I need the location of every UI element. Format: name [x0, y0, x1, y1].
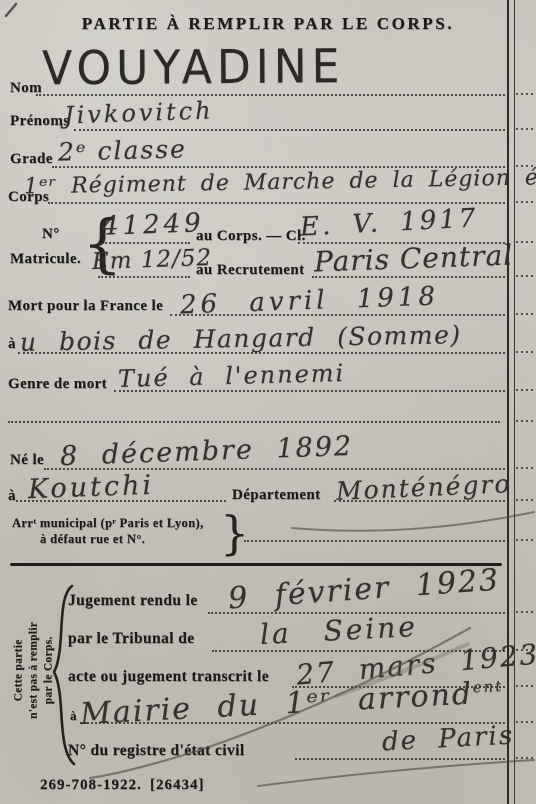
dotted-line [114, 390, 505, 392]
handwritten-surname: VOUYADINE [42, 40, 345, 96]
dotted-line [8, 421, 500, 423]
dotted-line [312, 276, 505, 278]
label-a-mairie: à [70, 708, 77, 724]
handwritten-regiment: 1ᵉʳ Régiment de Marche de la Légion étra… [24, 164, 536, 200]
dotted-line [98, 276, 190, 278]
dotted-line [98, 242, 190, 244]
label-ne-le: Né le [10, 452, 44, 469]
label-mort-pour-la-france: Mort pour la France le [8, 298, 163, 315]
arr-municipal-brace: } [220, 510, 249, 556]
dotted-line [170, 314, 505, 316]
card-title: PARTIE À REMPLIR PAR LE CORPS. [0, 14, 536, 34]
print-bracket-number: [26434] [150, 777, 205, 794]
label-jugement-rendu: Jugement rendu le [68, 592, 198, 610]
pencil-stroke-bottom [258, 760, 534, 786]
label-tribunal: par le Tribunal de [68, 630, 195, 648]
handwritten-classe: E. V. 1917 [299, 203, 479, 242]
handwritten-grade: 2ᵉ classe [58, 134, 188, 166]
dotted-line [48, 202, 505, 204]
section-divider [10, 563, 502, 566]
handwritten-tribunal: la Seine [259, 610, 418, 651]
side-note-vertical: Cette partie n'est pas à remplir par le … [12, 595, 57, 745]
dotted-line [18, 352, 505, 354]
side-note-line1: Cette partie [12, 595, 27, 745]
dotted-line [334, 500, 509, 502]
label-au-recrutement: au Recrutement [196, 262, 304, 279]
label-a-lieu-mort: à [8, 336, 16, 353]
handwritten-matricule-recrutement: Em 12/52 [92, 245, 213, 275]
handwritten-first-names: Jivkovitch [64, 96, 215, 129]
side-note-line2: n'est pas à remplir [27, 595, 42, 745]
military-death-record-card: PARTIE À REMPLIR PAR LE CORPS. VOUYADINE… [0, 0, 536, 804]
label-prenoms: Prénoms [10, 113, 69, 130]
handwritten-cause-of-death: Tué à l'ennemi [118, 359, 346, 393]
label-au-corps-cl: au Corps. — Cl. [196, 228, 306, 245]
label-genre-de-mort: Genre de mort [8, 376, 107, 393]
label-a-lieu-naissance: à [8, 488, 16, 505]
label-grade: Grade [10, 151, 53, 168]
side-note-line3: par le Corps. [41, 595, 56, 745]
label-numero: N° [42, 226, 60, 243]
dotted-line [44, 468, 505, 470]
dotted-line [295, 758, 505, 760]
card-fold-double-line [507, 0, 515, 804]
label-departement: Département [232, 487, 321, 504]
dotted-line [74, 129, 505, 131]
pencil-stroke-under-departement [292, 512, 534, 531]
label-transcrit: acte ou jugement transcrit le [68, 668, 269, 686]
handwritten-birth-date: 8 décembre 1892 [60, 431, 354, 472]
handwritten-registry-city: de Paris [381, 721, 515, 758]
label-arr-municipal-line2: à défaut rue et N°. [40, 532, 145, 547]
handwritten-matricule-corps: 41249 [102, 208, 206, 242]
handwritten-judgment-date: 9 février 1923 [227, 563, 501, 617]
label-registre-etat-civil: N° du registre d'état civil [68, 742, 245, 760]
transcription-place-superscript: ent [472, 677, 503, 697]
dotted-line [244, 540, 505, 542]
print-reference-number: 269-708-1922. [40, 777, 142, 794]
dotted-line [36, 94, 505, 96]
handwritten-recrutement: Paris Central [313, 239, 513, 279]
label-arr-municipal-line1: Arrᵗ municipal (pʳ Paris et Lyon), [12, 516, 204, 531]
dotted-line [16, 500, 226, 502]
label-matricule: Matricule. [10, 251, 81, 268]
